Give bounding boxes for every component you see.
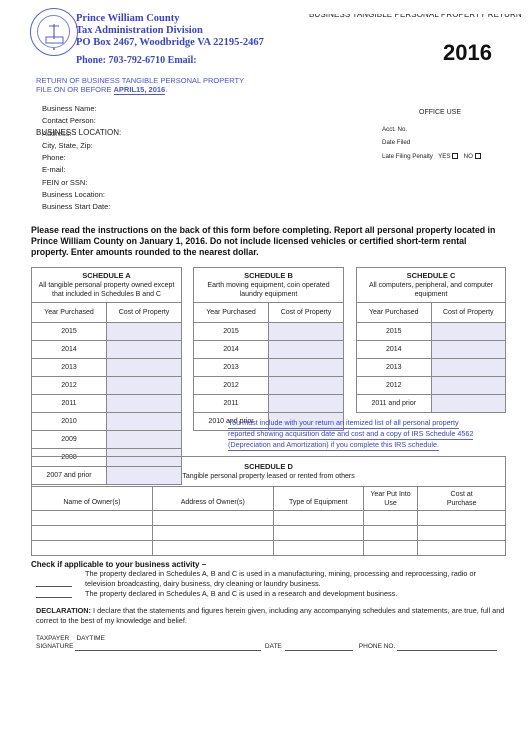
- year-purchased-cell: 2012: [32, 377, 107, 395]
- date-line[interactable]: [285, 644, 353, 651]
- business-info-fields: Business Name: Contact Person: Address: …: [42, 104, 110, 215]
- col-year-put-into-use: Year Put Into Use: [363, 487, 418, 511]
- owner-address-input[interactable]: [152, 526, 273, 541]
- col-cost-of-property: Cost of Property: [431, 303, 506, 323]
- table-row: 2014: [32, 341, 182, 359]
- form-title-text: BUSINESS TANGIBLE PERSONAL PROPERTY RETU…: [309, 14, 522, 19]
- col-cost-of-property: Cost of Property: [107, 303, 182, 323]
- schedule-a-title: SCHEDULE A: [82, 271, 130, 280]
- schedule-c-table: SCHEDULE CAll computers, peripheral, and…: [356, 267, 506, 413]
- year-purchased-cell: 2011: [194, 395, 269, 413]
- org-address: PO Box 2467, Woodbridge VA 22195-2467: [76, 37, 264, 49]
- field-fein-ssn[interactable]: FEIN or SSN:: [42, 178, 110, 190]
- cost-of-property-input[interactable]: [269, 377, 344, 395]
- year-purchased-cell: 2015: [194, 323, 269, 341]
- date-filed-label: Date Filed: [382, 139, 410, 146]
- cost-of-property-input[interactable]: [431, 395, 506, 413]
- business-activity-title: Check if applicable to your business act…: [31, 560, 206, 569]
- cost-at-purchase-input[interactable]: [418, 526, 506, 541]
- year-purchased-cell: 2010: [32, 413, 107, 431]
- org-division: Tax Administration Division: [76, 25, 264, 37]
- daytime-label: DAYTIME: [76, 635, 104, 642]
- phone-label: PHONE NO.: [359, 643, 395, 650]
- schedule-c-header: SCHEDULE CAll computers, peripheral, and…: [357, 268, 506, 303]
- irs-note-line: (Depreciation and Amortization) if you c…: [228, 440, 439, 451]
- phone-line[interactable]: [397, 644, 497, 651]
- signature-block: TAXPAYER DAYTIME SIGNATURE DATE PHONE NO…: [36, 635, 497, 651]
- col-owner-address: Address of Owner(s): [152, 487, 273, 511]
- year-purchased-cell: 2015: [32, 323, 107, 341]
- table-row: 2010: [32, 413, 182, 431]
- activity-manufacturing-checkline[interactable]: [36, 586, 72, 587]
- schedule-a-description: All tangible personal property owned exc…: [39, 282, 175, 298]
- table-row: 2011: [32, 395, 182, 413]
- table-row: 2012: [32, 377, 182, 395]
- file-by-prefix: FILE ON OR BEFORE: [36, 85, 114, 94]
- yes-checkbox[interactable]: [452, 153, 458, 159]
- file-by-line: FILE ON OR BEFORE APRIL15, 2016.: [36, 85, 244, 94]
- cost-of-property-input[interactable]: [269, 341, 344, 359]
- schedule-b-header: SCHEDULE BEarth moving equipment, coin o…: [194, 268, 344, 303]
- field-phone[interactable]: Phone:: [42, 153, 110, 165]
- schedule-d-table: SCHEDULE DTangible personal property lea…: [31, 456, 506, 556]
- form-title: BUSINESS TANGIBLE PERSONAL PROPERTY RETU…: [309, 14, 522, 19]
- table-row: 2014: [357, 341, 506, 359]
- declaration-text: I declare that the statements and figure…: [36, 606, 504, 625]
- field-business-location[interactable]: Business Location:: [42, 190, 110, 202]
- cost-of-property-input[interactable]: [107, 395, 182, 413]
- late-penalty-row: Late Filing Penalty YES NO: [382, 153, 481, 160]
- signature-label: SIGNATURE: [36, 643, 73, 650]
- field-contact-person[interactable]: Contact Person:: [42, 116, 110, 128]
- table-row: 2015: [32, 323, 182, 341]
- schedule-d-header: SCHEDULE DTangible personal property lea…: [32, 457, 506, 487]
- year-purchased-cell: 2013: [32, 359, 107, 377]
- cost-of-property-input[interactable]: [107, 359, 182, 377]
- table-row: 2012: [194, 377, 344, 395]
- cost-of-property-input[interactable]: [107, 341, 182, 359]
- owner-address-input[interactable]: [152, 511, 273, 526]
- schedule-a-header: SCHEDULE AAll tangible personal property…: [32, 268, 182, 303]
- no-label: NO: [464, 153, 473, 160]
- owner-name-input[interactable]: [32, 541, 153, 556]
- no-checkbox[interactable]: [475, 153, 481, 159]
- schedule-d-description: Tangible personal property leased or ren…: [182, 473, 354, 480]
- table-row: 2013: [357, 359, 506, 377]
- table-row: 2014: [194, 341, 344, 359]
- table-row: 2012: [357, 377, 506, 395]
- activity-research-checkline[interactable]: [36, 597, 72, 598]
- form-year: 2016: [443, 40, 492, 66]
- return-title-text: RETURN OF BUSINESS TANGIBLE PERSONAL PRO…: [36, 76, 244, 85]
- schedule-c-title: SCHEDULE C: [407, 271, 456, 280]
- col-equipment-type: Type of Equipment: [273, 487, 363, 511]
- org-name: Prince William County: [76, 13, 264, 25]
- owner-address-input[interactable]: [152, 541, 273, 556]
- equipment-type-input[interactable]: [273, 541, 363, 556]
- taxpayer-label: TAXPAYER: [36, 635, 69, 642]
- year-purchased-cell: 2015: [357, 323, 432, 341]
- cost-of-property-input[interactable]: [269, 359, 344, 377]
- year-put-into-use-input[interactable]: [363, 526, 418, 541]
- irs-note-line: reported showing acquisition date and co…: [228, 429, 473, 440]
- field-city-state-zip[interactable]: City, State, Zip:: [42, 141, 110, 153]
- schedule-d-title: SCHEDULE D: [244, 462, 293, 471]
- col-year-purchased: Year Purchased: [32, 303, 107, 323]
- year-purchased-cell: 2011: [32, 395, 107, 413]
- equipment-type-input[interactable]: [273, 511, 363, 526]
- return-title: RETURN OF BUSINESS TANGIBLE PERSONAL PRO…: [36, 76, 244, 94]
- year-put-into-use-input[interactable]: [363, 541, 418, 556]
- cost-of-property-input[interactable]: [107, 377, 182, 395]
- business-location-heading: BUSINESS LOCATION:: [36, 128, 121, 137]
- declaration: DECLARATION: I declare that the statemen…: [36, 606, 506, 626]
- schedule-c-description: All computers, peripheral, and computer …: [369, 282, 493, 298]
- schedule-b-title: SCHEDULE B: [244, 271, 293, 280]
- table-row: 2013: [194, 359, 344, 377]
- year-purchased-cell: 2012: [194, 377, 269, 395]
- cost-of-property-input[interactable]: [269, 323, 344, 341]
- cost-of-property-input[interactable]: [431, 323, 506, 341]
- organization-address: Prince William County Tax Administration…: [76, 13, 264, 49]
- year-purchased-cell: 2014: [32, 341, 107, 359]
- late-penalty-label: Late Filing Penalty: [382, 153, 433, 160]
- activity-research: The property declared in Schedules A, B …: [85, 589, 505, 599]
- year-purchased-cell: 2009: [32, 431, 107, 449]
- col-cost-at-purchase: Cost at Purchase: [418, 487, 506, 511]
- yes-label: YES: [438, 153, 450, 160]
- field-business-start-date[interactable]: Business Start Date:: [42, 202, 110, 214]
- table-row: 2015: [357, 323, 506, 341]
- activity-manufacturing: The property declared in Schedules A, B …: [85, 569, 505, 589]
- table-row: [32, 541, 506, 556]
- year-purchased-cell: 2012: [357, 377, 432, 395]
- table-row: [32, 526, 506, 541]
- year-purchased-cell: 2011 and prior: [357, 395, 432, 413]
- schedule-b-table: SCHEDULE BEarth moving equipment, coin o…: [193, 267, 344, 431]
- schedule-a-table: SCHEDULE AAll tangible personal property…: [31, 267, 182, 485]
- acct-no-label: Acct. No.: [382, 126, 407, 133]
- year-put-into-use-input[interactable]: [363, 511, 418, 526]
- cost-of-property-input[interactable]: [107, 413, 182, 431]
- county-seal-icon: [30, 8, 78, 56]
- cost-at-purchase-input[interactable]: [418, 511, 506, 526]
- table-row: 2015: [194, 323, 344, 341]
- schedule-b-description: Earth moving equipment, coin operated la…: [207, 282, 329, 298]
- year-purchased-cell: 2013: [357, 359, 432, 377]
- table-row: 2009: [32, 431, 182, 449]
- year-purchased-cell: 2013: [194, 359, 269, 377]
- owner-name-input[interactable]: [32, 511, 153, 526]
- date-label: DATE: [265, 643, 282, 650]
- cost-of-property-input[interactable]: [431, 359, 506, 377]
- cost-of-property-input[interactable]: [431, 341, 506, 359]
- col-year-purchased: Year Purchased: [194, 303, 269, 323]
- cost-of-property-input[interactable]: [107, 323, 182, 341]
- year-purchased-cell: 2014: [194, 341, 269, 359]
- office-use-title: OFFICE USE: [419, 109, 461, 116]
- file-by-date: APRIL15, 2016: [114, 85, 166, 95]
- cost-at-purchase-input[interactable]: [418, 541, 506, 556]
- year-purchased-cell: 2014: [357, 341, 432, 359]
- field-business-name[interactable]: Business Name:: [42, 104, 110, 116]
- col-year-purchased: Year Purchased: [357, 303, 432, 323]
- instructions: Please read the instructions on the back…: [31, 225, 506, 258]
- table-row: 2013: [32, 359, 182, 377]
- table-row: [32, 511, 506, 526]
- field-email[interactable]: E-mail:: [42, 165, 110, 177]
- irs-schedule-note[interactable]: You must include with your return an ite…: [228, 418, 498, 451]
- org-phone: Phone: 703-792-6710 Email:: [76, 55, 197, 66]
- cost-of-property-input[interactable]: [269, 395, 344, 413]
- col-cost-of-property: Cost of Property: [269, 303, 344, 323]
- owner-name-input[interactable]: [32, 526, 153, 541]
- signature-line[interactable]: [75, 644, 261, 651]
- col-owner-name: Name of Owner(s): [32, 487, 153, 511]
- cost-of-property-input[interactable]: [107, 431, 182, 449]
- table-row: 2011 and prior: [357, 395, 506, 413]
- equipment-type-input[interactable]: [273, 526, 363, 541]
- declaration-label: DECLARATION:: [36, 606, 91, 615]
- cost-of-property-input[interactable]: [431, 377, 506, 395]
- table-row: 2011: [194, 395, 344, 413]
- irs-note-line: You must include with your return an ite…: [228, 418, 459, 429]
